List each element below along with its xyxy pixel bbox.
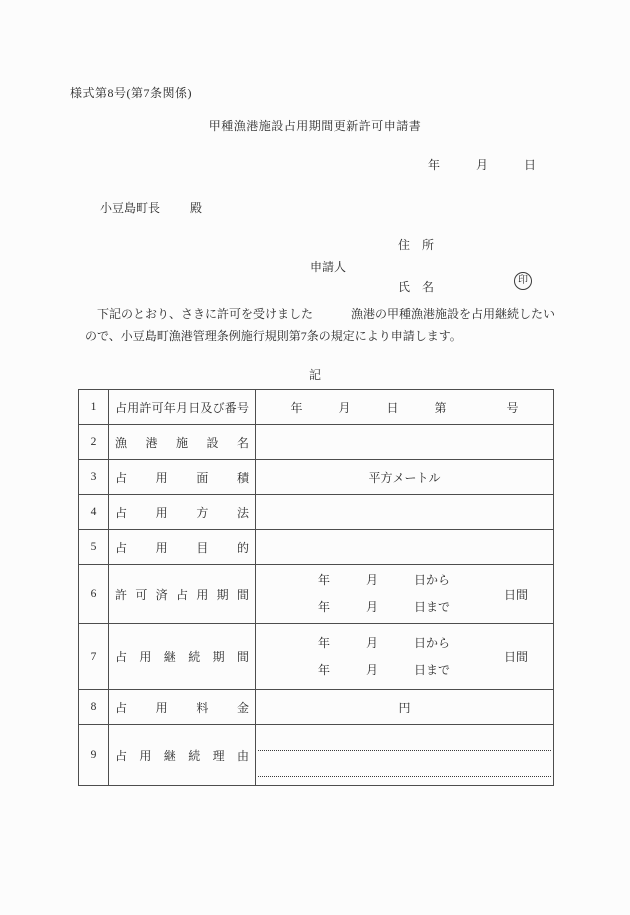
table-row: 7 占 用 継 続 期 間 年 月 日から 年 月 日まで 日間 [79,624,554,690]
seal-icon: 印 [514,272,532,290]
row-number: 7 [79,624,109,690]
row-value [256,725,554,786]
row-number: 4 [79,495,109,530]
row-value [256,495,554,530]
table-row: 8 占 用 料 金 円 [79,690,554,725]
table-row: 2 漁 港 施 設 名 [79,425,554,460]
body-line-2: ので、小豆島町漁港管理条例施行規則第7条の規定により申請します。 [85,325,565,347]
addressee-name: 小豆島町長 [100,199,160,216]
body-line-1: 下記のとおり、さきに許可を受けました漁港の甲種漁港施設を占用継続したい [85,303,565,325]
date-line: 年 月 日 [0,156,630,173]
row-value: 年 月 日から 年 月 日まで 日間 [256,624,554,690]
page-title: 甲種漁港施設占用期間更新許可申請書 [0,117,630,134]
row-label: 許 可 済 占 用 期 間 [109,565,256,624]
row-number: 9 [79,725,109,786]
table-row: 9 占 用 継 続 理 由 [79,725,554,786]
row-label: 漁 港 施 設 名 [109,425,256,460]
form-number: 様式第8号(第7条関係) [70,84,192,101]
period-lines: 年 月 日から 年 月 日まで [318,567,450,621]
body-paragraph: 下記のとおり、さきに許可を受けました漁港の甲種漁港施設を占用継続したい ので、小… [85,303,565,347]
addressee: 小豆島町長 殿 [100,199,202,216]
dotted-line [258,734,551,751]
body-line1-after-blank: 漁港の甲種漁港施設を占用継続したい [351,307,555,321]
row-label: 占 用 料 金 [109,690,256,725]
period-cell: 年 月 日から 年 月 日まで 日間 [256,630,553,684]
addressee-honorific: 殿 [190,199,202,216]
row-number: 8 [79,690,109,725]
applicant-name-label: 氏 名 [398,278,434,295]
row-label: 占 用 目 的 [109,530,256,565]
row-value [256,425,554,460]
table-row: 3 占 用 面 積 平方メートル [79,460,554,495]
period-lines: 年 月 日から 年 月 日まで [318,630,450,684]
period-from: 年 月 日から [318,567,450,594]
table-row: 4 占 用 方 法 [79,495,554,530]
applicant-address-label: 住 所 [398,236,434,253]
row-label: 占 用 方 法 [109,495,256,530]
period-unit: 日間 [504,648,528,665]
row-number: 1 [79,390,109,425]
row-number: 6 [79,565,109,624]
period-cell: 年 月 日から 年 月 日まで 日間 [256,567,553,621]
row-value: 年 月 日 第 号 [256,390,554,425]
row-number: 2 [79,425,109,460]
period-to: 年 月 日まで [318,594,450,621]
table-row: 5 占 用 目 的 [79,530,554,565]
row-value: 平方メートル [256,460,554,495]
table-row: 1 占用許可年月日及び番号 年 月 日 第 号 [79,390,554,425]
reason-write-in-area [256,734,553,777]
row-number: 3 [79,460,109,495]
row-label: 占 用 継 続 理 由 [109,725,256,786]
body-line1-before-blank: 下記のとおり、さきに許可を受けました [97,307,313,321]
period-to: 年 月 日まで [318,657,450,684]
table-row: 6 許 可 済 占 用 期 間 年 月 日から 年 月 日まで 日間 [79,565,554,624]
period-from: 年 月 日から [318,630,450,657]
applicant-role-label: 申請人 [310,258,346,275]
row-number: 5 [79,530,109,565]
application-form-page: 様式第8号(第7条関係) 甲種漁港施設占用期間更新許可申請書 年 月 日 小豆島… [0,0,630,915]
row-value [256,530,554,565]
dotted-line [258,751,551,777]
row-label: 占 用 面 積 [109,460,256,495]
row-label: 占用許可年月日及び番号 [109,390,256,425]
period-unit: 日間 [504,586,528,603]
application-table: 1 占用許可年月日及び番号 年 月 日 第 号 2 漁 港 施 設 名 3 占 … [78,389,554,786]
section-mark: 記 [0,366,630,383]
row-value: 円 [256,690,554,725]
row-value: 年 月 日から 年 月 日まで 日間 [256,565,554,624]
row-label: 占 用 継 続 期 間 [109,624,256,690]
